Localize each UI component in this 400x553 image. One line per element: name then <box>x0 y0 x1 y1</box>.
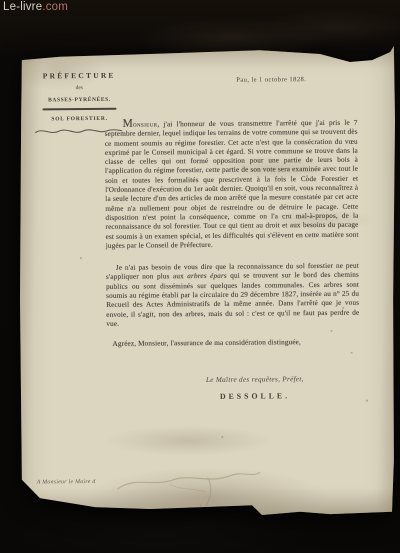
watermark-site: Le-livre <box>3 1 42 13</box>
address-line: A Monsieur le Maire d <box>37 479 96 486</box>
paper-speck <box>366 400 368 402</box>
paragraph-2: Je n'ai pas besoin de vous dire que la r… <box>106 262 360 329</box>
paragraph-2-italic: arbres épars <box>187 272 227 280</box>
letterhead-department: BASSES-PYRÉNÉES. <box>36 97 122 104</box>
paper-speck <box>80 257 82 259</box>
paragraph-1-text: , j'ai l'honneur de vous transmettre l'a… <box>105 119 359 250</box>
drop-cap: M <box>123 118 133 130</box>
paper-speck <box>351 352 353 354</box>
signature-title: Le Maître des requêtes, Préfet, <box>149 375 361 385</box>
document-photo: PRÉFECTURE des BASSES-PYRÉNÉES. SOL FORE… <box>20 46 395 516</box>
handwriting-scrawl <box>110 457 271 518</box>
letterhead-office: PRÉFECTURE <box>36 71 122 81</box>
paper-speck <box>330 330 332 332</box>
letter-body: Monsieur, j'ai l'honneur de vous transme… <box>105 119 360 350</box>
paper-speck <box>306 175 308 177</box>
photo-background: Le-livre.com PRÉFECTURE des BASSES-PYRÉN… <box>0 0 400 553</box>
signature-name: DESSOLLE. <box>149 391 361 402</box>
document-content: PRÉFECTURE des BASSES-PYRÉNÉES. SOL FORE… <box>18 44 397 517</box>
paragraph-1: Monsieur, j'ai l'honneur de vous transme… <box>105 119 359 251</box>
closing-line: Agréez, Monsieur, l'assurance de ma cons… <box>107 338 360 350</box>
watermark: Le-livre.com <box>3 1 68 13</box>
letterhead-of: des <box>36 85 122 92</box>
letterhead-rule <box>42 108 116 111</box>
paper-speck <box>342 307 344 309</box>
letterhead: PRÉFECTURE des BASSES-PYRÉNÉES. SOL FORE… <box>36 71 122 123</box>
paper-speck <box>221 436 223 438</box>
watermark-tld: .com <box>42 1 68 13</box>
dateline: Pau, le 1 octobre 1828. <box>236 76 376 84</box>
salutation: onsieur <box>133 120 158 128</box>
document-paper: PRÉFECTURE des BASSES-PYRÉNÉES. SOL FORE… <box>20 46 395 516</box>
